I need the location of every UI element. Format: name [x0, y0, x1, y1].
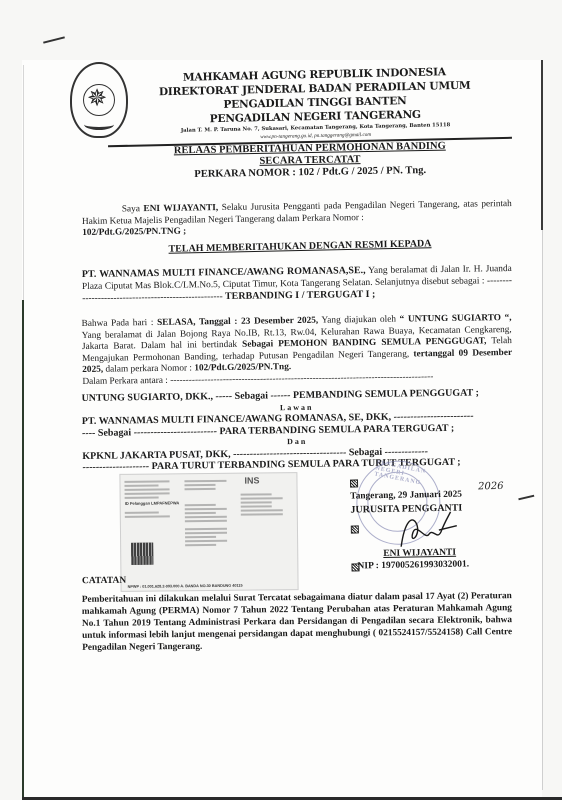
paper-edge: [541, 60, 543, 230]
postal-receipt: ID Pelanggan LMPAFNEPWA INS NPWP : 01.00…: [119, 472, 298, 592]
text: Saya: [122, 204, 140, 214]
case-number: 102/Pdt.G/2025/PN.TNG ;: [82, 227, 186, 238]
paper-edge: [542, 230, 543, 790]
qr-mark-icon: [351, 525, 359, 533]
receipt-label: ID Pelanggan: [125, 501, 150, 506]
case-number: 102/Pdt.G/2025/PN.Tng.: [194, 362, 291, 373]
text: Yang diajukan oleh: [318, 315, 400, 326]
qr-mark-icon: [350, 479, 358, 487]
recipient-paragraph: PT. WANNAMAS MULTI FINANCE/AWANG ROMANAS…: [82, 263, 512, 306]
text: Bahwa Pada hari :: [82, 318, 158, 329]
receipt-value: LMPAFNEPWA: [151, 500, 179, 505]
note-paragraph: Pemberitahuan ini dilakukan melalui Sura…: [82, 590, 513, 654]
courier-brand: INS: [244, 475, 259, 485]
document-title: RELAAS PEMBERITAHUAN PERMOHONAN BANDING …: [100, 139, 521, 182]
parties-list: UNTUNG SUGIARTO, DKK., ----- Sebagai ---…: [81, 387, 512, 473]
paper-edge: [23, 65, 24, 300]
signatory-nip: NIP : 197005261993032001.: [357, 560, 469, 572]
date: SELASA, Tanggal : 23 Desember 2025,: [157, 316, 318, 328]
signatory-name: ENI WIJAYANTI: [383, 548, 456, 559]
bailiff-name: ENI WIJAYANTI,: [143, 203, 218, 214]
pen-mark: [43, 36, 65, 43]
handwritten-correction: 2026: [478, 481, 504, 492]
signature-icon: [391, 510, 462, 553]
paper-edge: [22, 300, 24, 800]
recipient-role: TERBANDING I / TERGUGAT I ;: [223, 289, 376, 302]
letterhead: MAHKAMAH AGUNG REPUBLIK INDONESIA DIREKT…: [129, 64, 500, 144]
text: dalam perkara Nomor :: [103, 364, 194, 375]
receipt-footer: NPWP : 01.001.628.2-093.000 A. BANDA NO.…: [128, 584, 243, 589]
notice-paragraph: Bahwa Pada hari : SELASA, Tanggal : 23 D…: [82, 313, 513, 389]
opening-paragraph: Saya ENI WIJAYANTI, Selaku Jurusita Peng…: [82, 199, 512, 240]
applicant-name: “ UNTUNG SUGIARTO “,: [400, 313, 512, 325]
note-label: CATATAN: [82, 576, 126, 586]
court-logo-icon: [70, 62, 128, 138]
qr-code-icon: [131, 543, 153, 565]
signature-date: Tangerang, 29 Januari 2025: [350, 490, 462, 502]
